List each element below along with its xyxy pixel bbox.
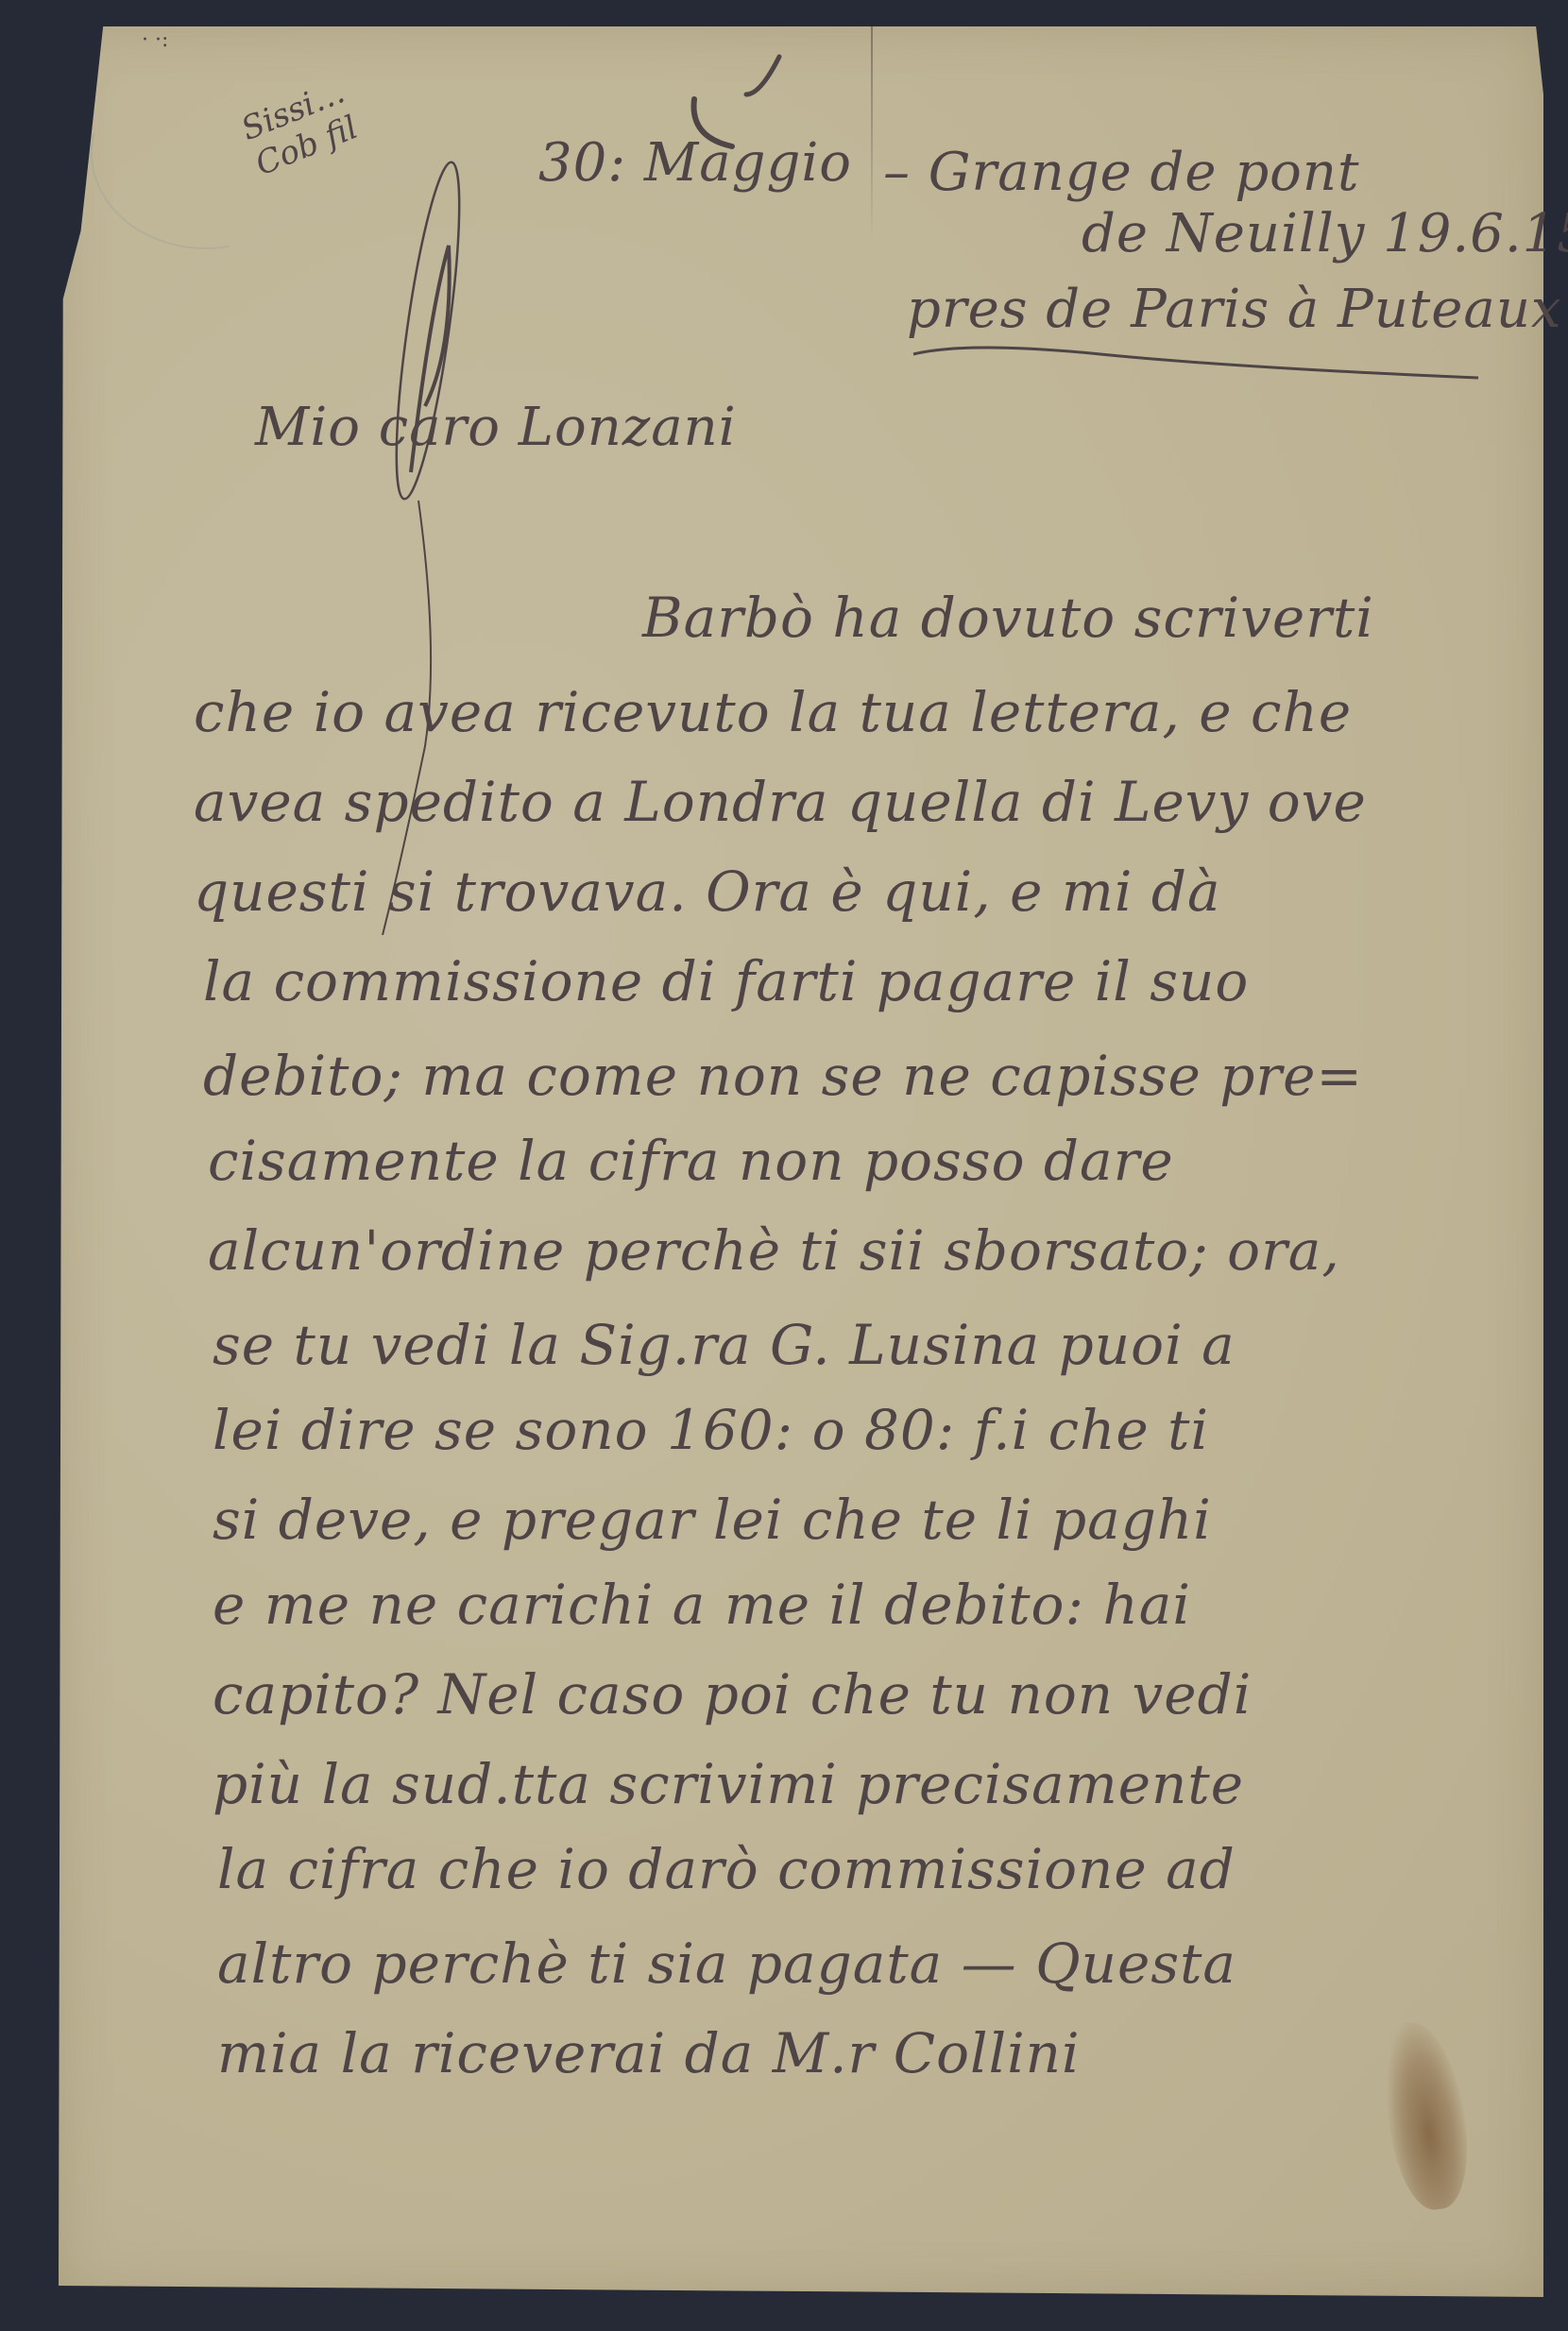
- body-line-10: lei dire se sono 160: o 80: f.i che ti: [213, 1398, 1209, 1462]
- body-line-12: e me ne carichi a me il debito: hai: [213, 1573, 1191, 1637]
- address-line-3: pres de Paris à Puteaux: [907, 279, 1561, 340]
- body-line-2: che io avea ricevuto la tua lettera, e c…: [194, 680, 1352, 744]
- body-line-9: se tu vedi la Sig.ra G. Lusina puoi a: [213, 1313, 1236, 1377]
- body-line-7: cisamente la cifra non posso dare: [208, 1129, 1174, 1193]
- body-line-8: alcun'ordine perchè ti sii sborsato; ora…: [208, 1218, 1340, 1283]
- body-line-15: la cifra che io darò commissione ad: [217, 1837, 1236, 1901]
- body-line-13: capito? Nel caso poi che tu non vedi: [213, 1662, 1252, 1727]
- address-line-2: de Neuilly 19.6.15: [1082, 203, 1568, 264]
- paper-fold-crease: [871, 26, 873, 244]
- body-line-4: questi si trovava. Ora è qui, e mi dà: [194, 859, 1221, 924]
- body-line-16: altro perchè ti sia pagata — Questa: [217, 1931, 1236, 1996]
- body-line-1: Barbò ha dovuto scriverti: [642, 586, 1374, 650]
- salutation: Mio caro Lonzani: [255, 397, 737, 458]
- body-line-5: la commissione di farti pagare il suo: [203, 949, 1249, 1013]
- corner-ink-marks: · ·:: [142, 28, 168, 52]
- body-line-17: mia la riceverai da M.r Collini: [217, 2021, 1081, 2085]
- letter-date: 30: Maggio: [538, 132, 852, 194]
- body-line-11: si deve, e pregar lei che te li paghi: [213, 1488, 1212, 1552]
- body-line-14: più la sud.tta scrivimi precisamente: [213, 1752, 1244, 1816]
- address-line-1: – Grange de pont: [883, 142, 1359, 203]
- address-underline: [912, 345, 1488, 392]
- body-line-6: debito; ma come non se ne capisse pre=: [203, 1044, 1363, 1108]
- body-line-3: avea spedito a Londra quella di Levy ove: [194, 770, 1367, 834]
